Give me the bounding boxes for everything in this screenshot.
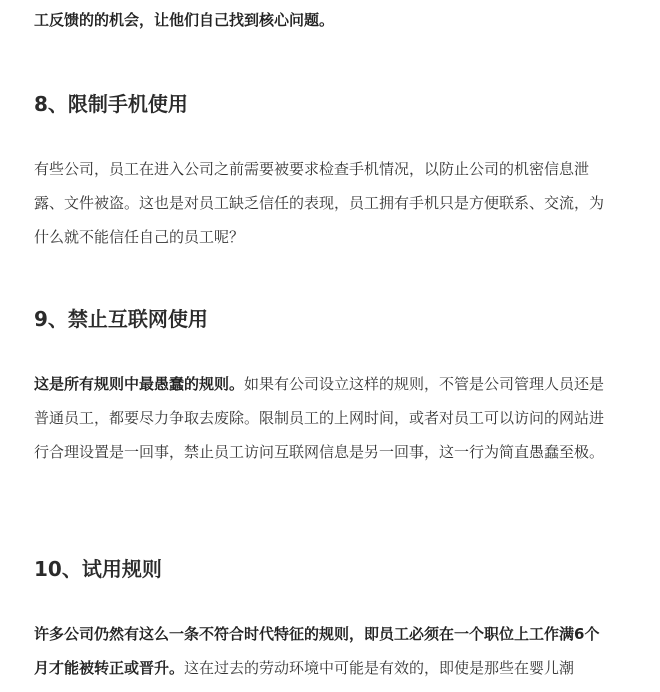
section-paragraph-10: 许多公司仍然有这么一条不符合时代特征的规则，即员工必须在一个职位上工作满6个月才… [34,617,614,685]
section-10-normal-text: 这在过去的劳动环境中可能是有效的，即使是那些在婴儿潮 [184,659,574,677]
intro-paragraph-tail: 工反馈的的机会，让他们自己找到核心问题。 [34,3,334,37]
section-heading-9: 9、禁止互联网使用 [34,304,208,334]
section-heading-10: 10、试用规则 [34,554,162,584]
section-paragraph-9: 这是所有规则中最愚蠢的规则。如果有公司设立这样的规则，不管是公司管理人员还是普通… [34,367,614,469]
section-8-normal-text: 有些公司，员工在进入公司之前需要被要求检查手机情况，以防止公司的机密信息泄露、文… [34,160,604,246]
section-9-bold-text: 这是所有规则中最愚蠢的规则。 [34,375,244,393]
section-paragraph-8: 有些公司，员工在进入公司之前需要被要求检查手机情况，以防止公司的机密信息泄露、文… [34,152,614,254]
section-heading-8: 8、限制手机使用 [34,89,188,119]
intro-bold-text: 工反馈的的机会，让他们自己找到核心问题。 [34,11,334,29]
